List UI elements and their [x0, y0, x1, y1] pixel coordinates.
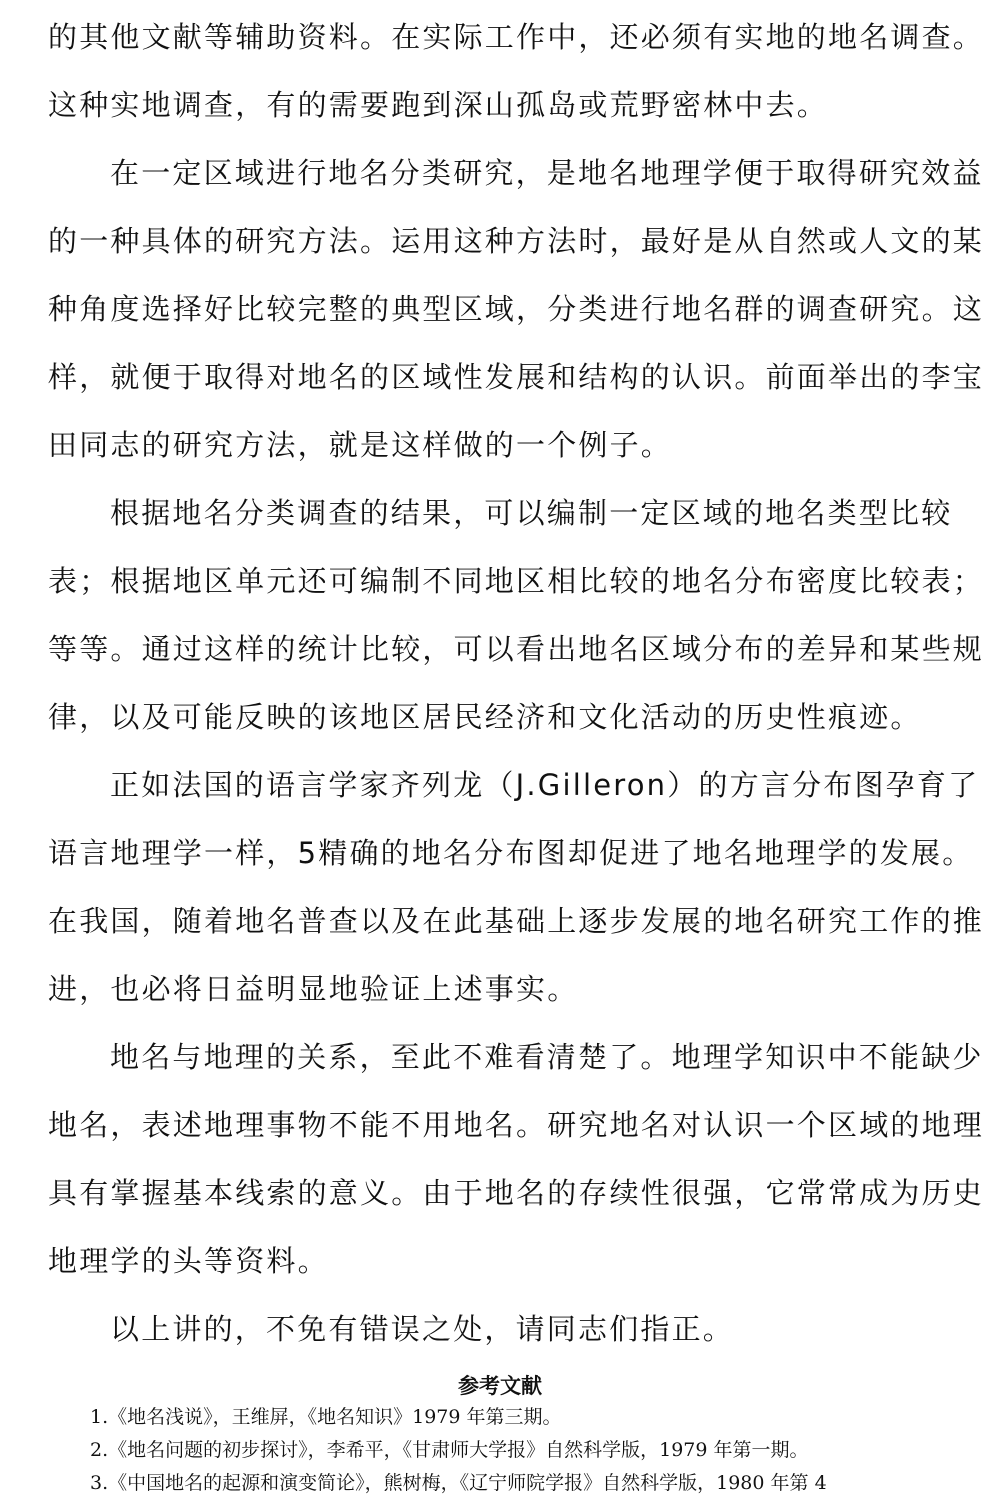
paragraph-start-line: 根据地名分类调查的结果，可以编制一定区域的地名类型比较 [110, 496, 952, 530]
paragraph-start-line: 地名与地理的关系，至此不难看清楚了。地理学知识中不能缺少 [110, 1040, 984, 1074]
body-line: 地理学的头等资料。 [48, 1244, 329, 1278]
body-line: 进，也必将日益明显地验证上述事实。 [48, 972, 578, 1006]
body-line: 在我国，随着地名普查以及在此基础上逐步发展的地名研究工作的推 [48, 904, 984, 938]
paragraph-start-line: 正如法国的语言学家齐列龙（J.Gilleron）的方言分布图孕育了 [110, 768, 979, 802]
body-line: 田同志的研究方法，就是这样做的一个例子。 [48, 428, 672, 462]
reference-item: 3.《中国地名的起源和演变简论》，熊树梅，《辽宁师院学报》自然科学版，1980 … [90, 1471, 827, 1495]
body-line: 表；根据地区单元还可编制不同地区相比较的地名分布密度比较表； [48, 564, 984, 598]
reference-item: 2.《地名问题的初步探讨》，李希平，《甘肃师大学报》自然科学版，1979 年第一… [90, 1438, 809, 1462]
paragraph-start-line: 在一定区域进行地名分类研究，是地名地理学便于取得研究效益 [110, 156, 984, 190]
references-heading: 参考文献 [0, 1370, 1000, 1400]
body-line: 这种实地调查，有的需要跑到深山孤岛或荒野密林中去。 [48, 88, 828, 122]
body-line: 地名，表述地理事物不能不用地名。研究地名对认识一个区域的地理 [48, 1108, 984, 1142]
body-line: 具有掌握基本线索的意义。由于地名的存续性很强，它常常成为历史 [48, 1176, 984, 1210]
body-line: 种角度选择好比较完整的典型区域，分类进行地名群的调查研究。这 [48, 292, 984, 326]
body-line: 语言地理学一样，5精确的地名分布图却促进了地名地理学的发展。 [48, 836, 973, 870]
closing-line: 以上讲的，不免有错误之处，请同志们指正。 [110, 1312, 734, 1346]
body-line: 律，以及可能反映的该地区居民经济和文化活动的历史性痕迹。 [48, 700, 922, 734]
reference-item: 1.《地名浅说》，王维屏，《地名知识》1979 年第三期。 [90, 1405, 562, 1429]
body-line: 样，就便于取得对地名的区域性发展和结构的认识。前面举出的李宝 [48, 360, 984, 394]
body-line: 的其他文献等辅助资料。在实际工作中，还必须有实地的地名调查。 [48, 20, 984, 54]
body-line: 的一种具体的研究方法。运用这种方法时，最好是从自然或人文的某 [48, 224, 984, 258]
body-line: 等等。通过这样的统计比较，可以看出地名区域分布的差异和某些规 [48, 632, 984, 666]
